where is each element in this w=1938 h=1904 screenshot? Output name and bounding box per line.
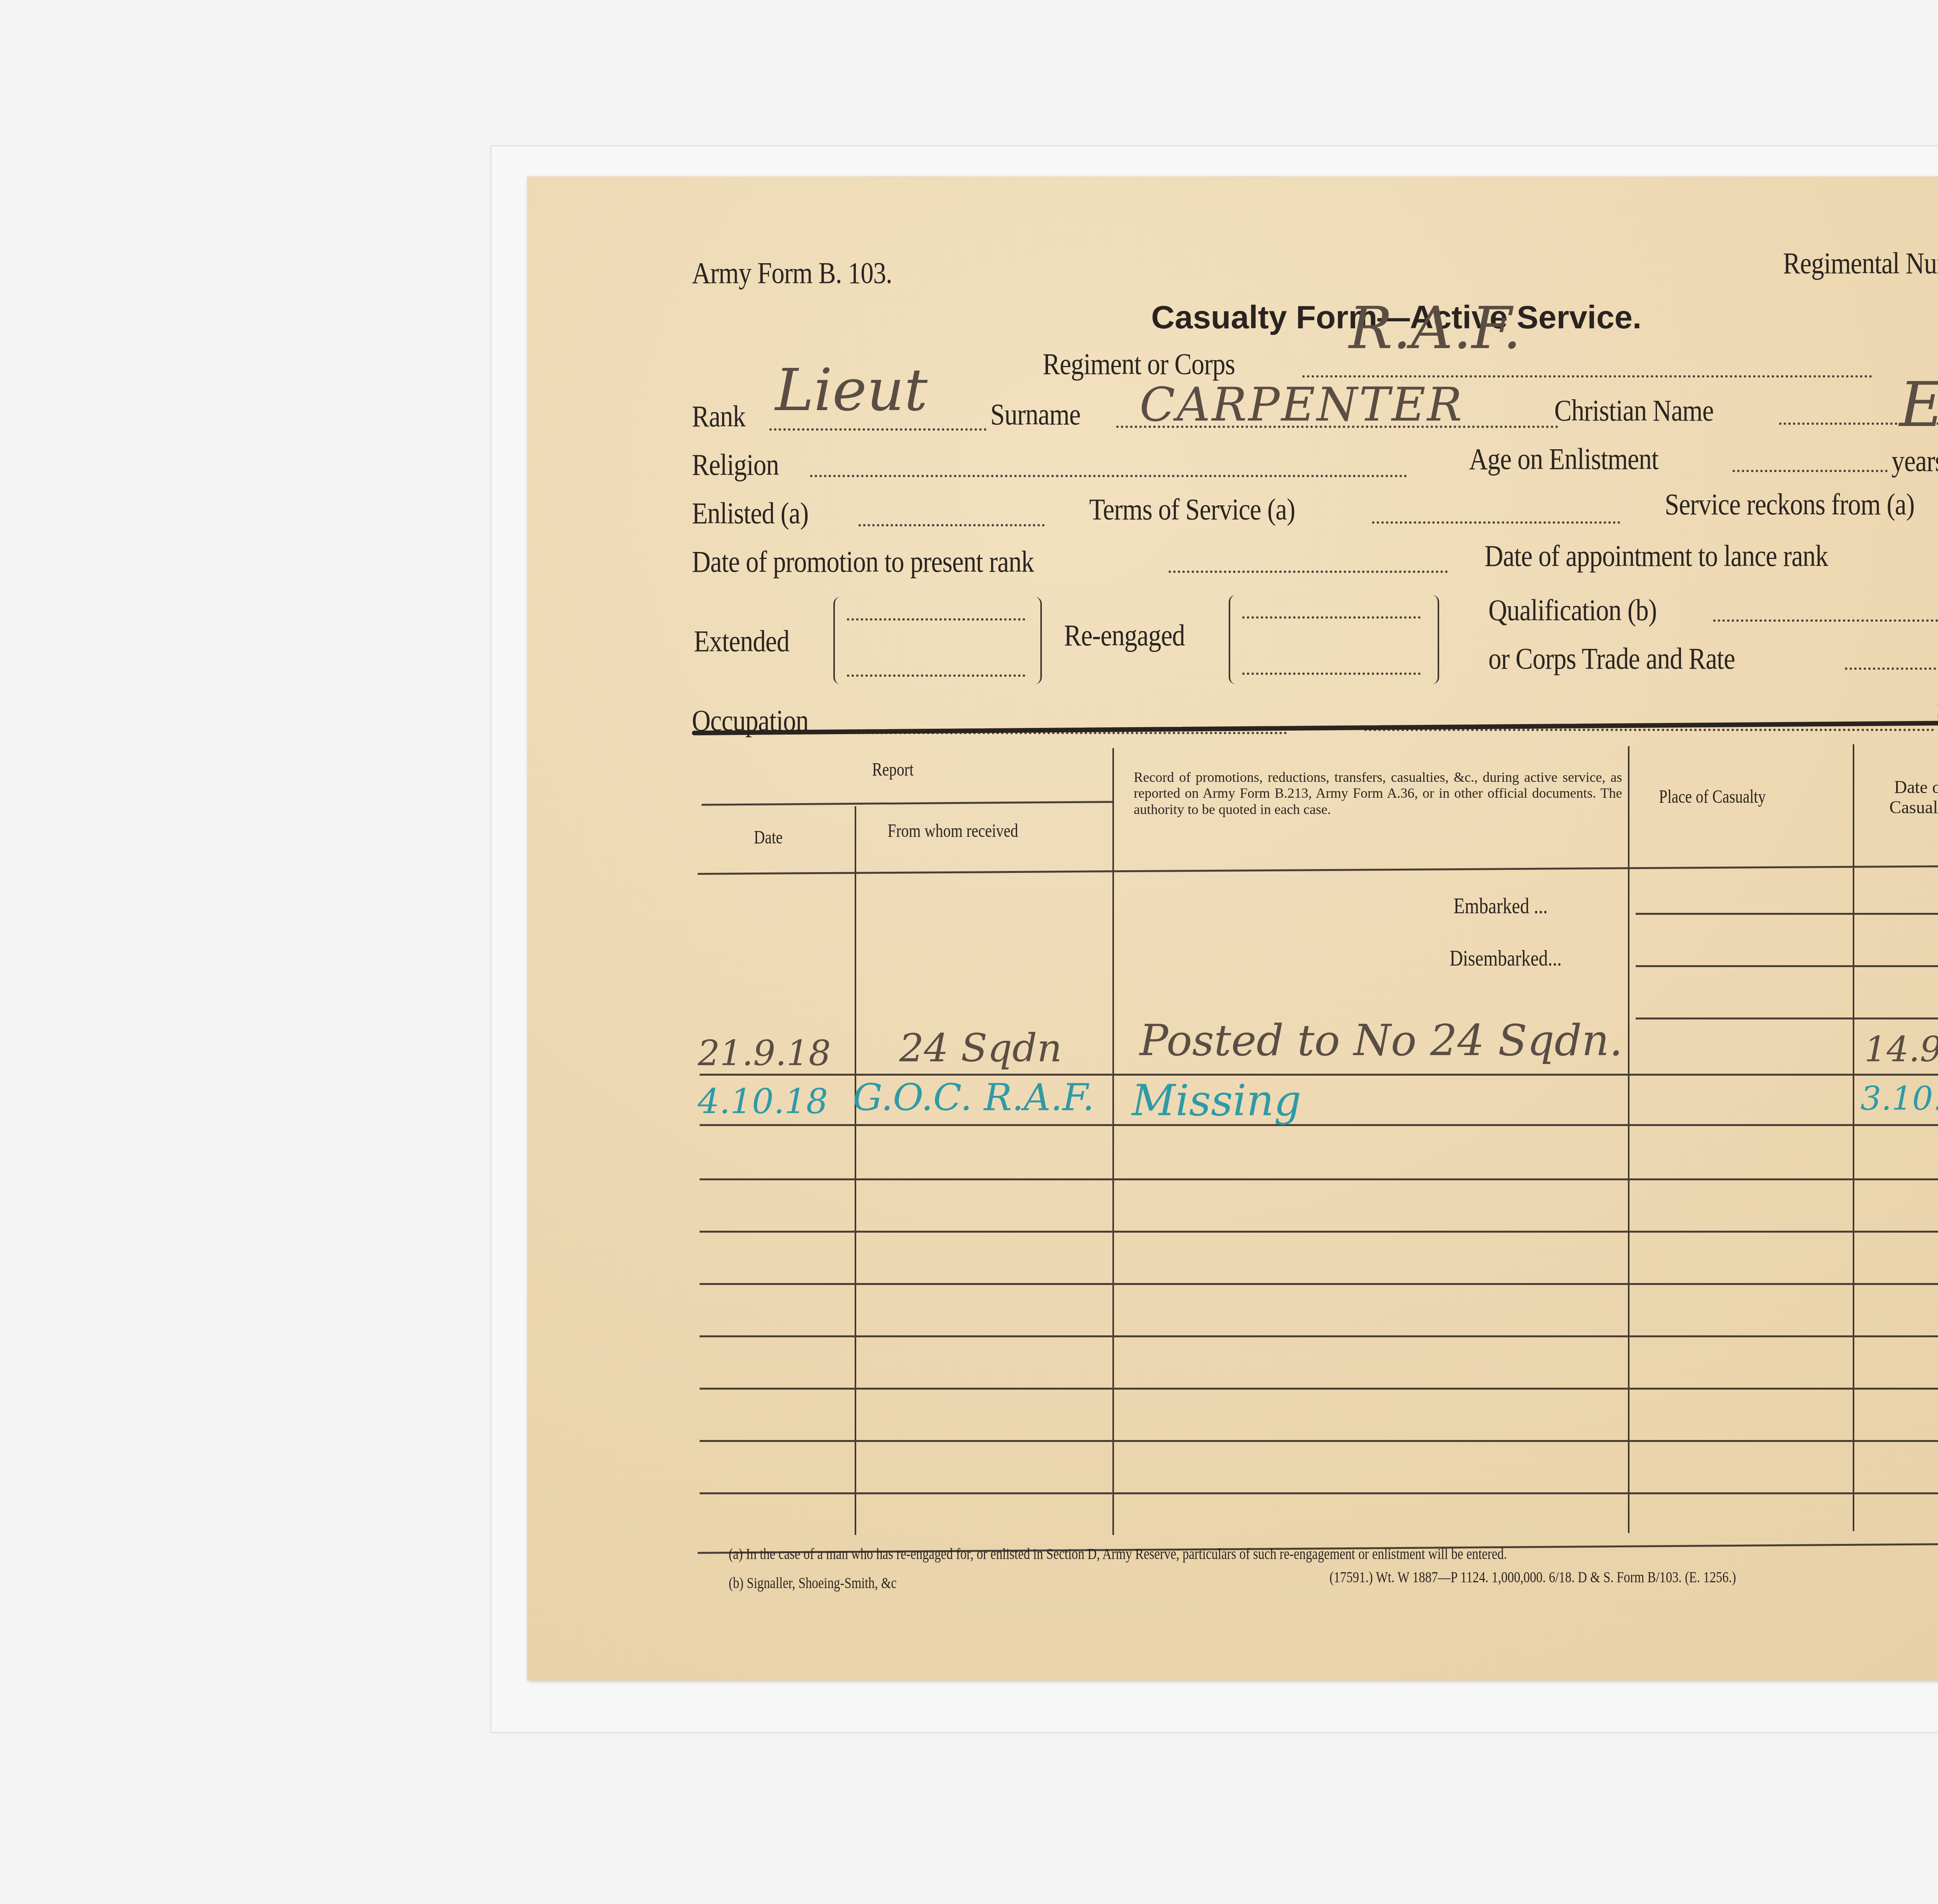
entry-record: Posted to No 24 Sqdn. xyxy=(1140,1016,1623,1065)
row-line xyxy=(700,1283,1938,1285)
entry-date: 4.10.18 xyxy=(698,1081,828,1121)
rank-label: Rank xyxy=(692,401,745,431)
reengaged-field-bottom xyxy=(1242,673,1421,675)
disembarked-line xyxy=(1636,965,1938,967)
christian-name-value: E. xyxy=(1899,368,1938,441)
extended-bracket xyxy=(833,597,1042,684)
lance-rank-label: Date of appointment to lance rank xyxy=(1485,541,1828,571)
extended-field-bottom xyxy=(847,674,1025,677)
entry-from-whom: G.O.C. R.A.F. xyxy=(853,1076,1094,1119)
row-line xyxy=(700,1440,1938,1442)
print-info: (17591.) Wt. W 1887—P 1124. 1,000,000. 6… xyxy=(1329,1568,1736,1586)
extended-field-top xyxy=(847,618,1025,621)
extended-label: Extended xyxy=(694,626,789,656)
enlisted-field xyxy=(859,524,1045,526)
row-line xyxy=(700,1335,1938,1337)
corps-trade-label: or Corps Trade and Rate xyxy=(1488,643,1735,674)
row-line xyxy=(700,1492,1938,1494)
promotion-date-field xyxy=(1169,571,1448,573)
header-date-of-casualty: Date of Casualty xyxy=(1872,777,1938,817)
religion-field xyxy=(810,475,1407,477)
rank-field xyxy=(769,428,986,431)
promotion-date-label: Date of promotion to present rank xyxy=(692,547,1034,577)
col-divider-date xyxy=(855,806,856,1535)
row-line xyxy=(700,1231,1938,1233)
officer-signature-label: Signature of Officer. xyxy=(1936,694,1938,724)
entry-record: Missing xyxy=(1132,1076,1301,1125)
reengaged-label: Re-engaged xyxy=(1064,620,1185,650)
embarked-line xyxy=(1636,913,1938,915)
corps-trade-field xyxy=(1845,667,1938,670)
regiment-label: Regiment or Corps xyxy=(1043,349,1235,379)
header-record: Record of promotions, reductions, transf… xyxy=(1134,769,1622,817)
disembarked-label: Disembarked... xyxy=(1450,946,1562,971)
qualification-label: Qualification (b) xyxy=(1488,595,1657,625)
terms-of-service-field xyxy=(1372,521,1620,524)
footnote-b: (b) Signaller, Shoeing-Smith, &c xyxy=(729,1574,897,1592)
col-divider-record xyxy=(1628,746,1629,1533)
regimental-number-label: Regimental Number xyxy=(1783,248,1938,278)
years-label: years xyxy=(1891,446,1938,476)
footnote-a: (a) In the case of a man who has re-enga… xyxy=(729,1545,1507,1563)
header-date: Date xyxy=(754,828,783,848)
regiment-value: R.A.F. xyxy=(1349,295,1521,362)
entry-date-of-casualty: 14.9.18 xyxy=(1864,1029,1938,1070)
regiment-field xyxy=(1302,375,1872,378)
header-place: Place of Casualty xyxy=(1659,787,1766,807)
row-line xyxy=(1636,1018,1938,1019)
embarked-label: Embarked ... xyxy=(1453,893,1548,918)
reengaged-field-top xyxy=(1242,616,1421,619)
col-divider-from xyxy=(1112,748,1114,1535)
rank-value: Lieut xyxy=(775,357,928,424)
entry-from-whom: 24 Sqdn xyxy=(899,1025,1062,1071)
age-label: Age on Enlistment xyxy=(1469,444,1658,474)
reengaged-bracket xyxy=(1229,595,1439,684)
surname-value: CARPENTER xyxy=(1140,378,1464,432)
enlisted-label: Enlisted (a) xyxy=(692,498,809,528)
qualification-field xyxy=(1713,619,1938,622)
surname-label: Surname xyxy=(990,399,1080,429)
row-line xyxy=(700,1124,1938,1126)
header-report: Report xyxy=(872,760,914,780)
row-line xyxy=(700,1178,1938,1180)
header-from-whom: From whom received xyxy=(888,821,1018,842)
form-number: Army Form B. 103. xyxy=(692,258,892,288)
terms-of-service-label: Terms of Service (a) xyxy=(1089,494,1295,524)
age-years-field xyxy=(1733,470,1888,472)
service-reckons-label: Service reckons from (a) xyxy=(1665,489,1914,519)
christian-name-label: Christian Name xyxy=(1554,395,1714,426)
religion-label: Religion xyxy=(692,450,779,480)
row-line xyxy=(700,1388,1938,1390)
col-divider-place xyxy=(1853,744,1854,1531)
entry-date: 21.9.18 xyxy=(698,1033,831,1074)
entry-date-of-casualty: 3.10.18 xyxy=(1860,1080,1938,1118)
